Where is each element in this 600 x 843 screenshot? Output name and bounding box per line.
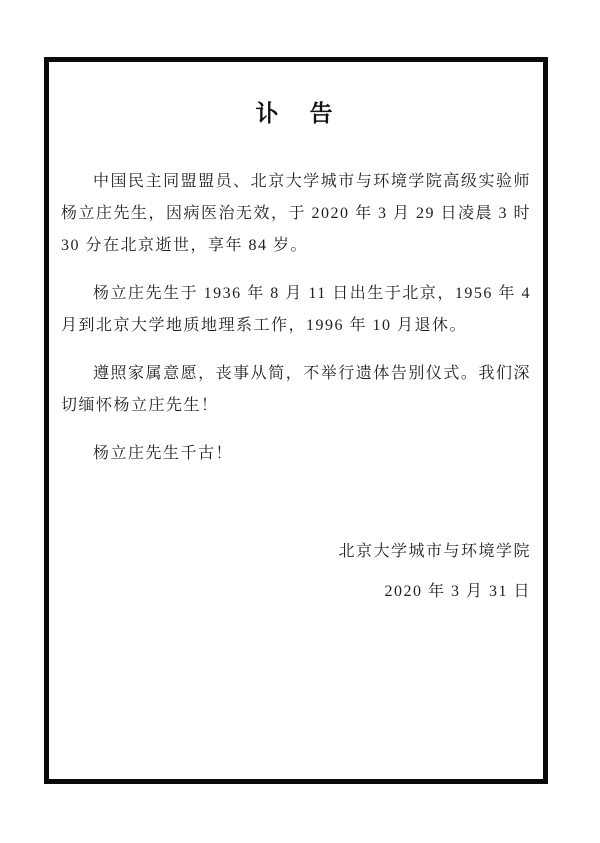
- signature-date: 2020 年 3 月 31 日: [61, 572, 531, 612]
- paragraph-biography: 杨立庄先生于 1936 年 8 月 11 日出生于北京，1956 年 4 月到北…: [61, 278, 531, 342]
- paragraph-tribute: 杨立庄先生千古！: [61, 438, 531, 470]
- obituary-page: 讣 告 中国民主同盟盟员、北京大学城市与环境学院高级实验师杨立庄先生，因病医治无…: [0, 0, 600, 843]
- notice-frame: 讣 告 中国民主同盟盟员、北京大学城市与环境学院高级实验师杨立庄先生，因病医治无…: [44, 57, 548, 784]
- signature-organization: 北京大学城市与环境学院: [61, 532, 531, 572]
- notice-title: 讣 告: [61, 98, 531, 128]
- paragraph-death-announcement: 中国民主同盟盟员、北京大学城市与环境学院高级实验师杨立庄先生，因病医治无效，于 …: [61, 166, 531, 262]
- paragraph-funeral-arrangements: 遵照家属意愿，丧事从简，不举行遗体告别仪式。我们深切缅怀杨立庄先生！: [61, 358, 531, 422]
- signature-block: 北京大学城市与环境学院 2020 年 3 月 31 日: [61, 532, 531, 612]
